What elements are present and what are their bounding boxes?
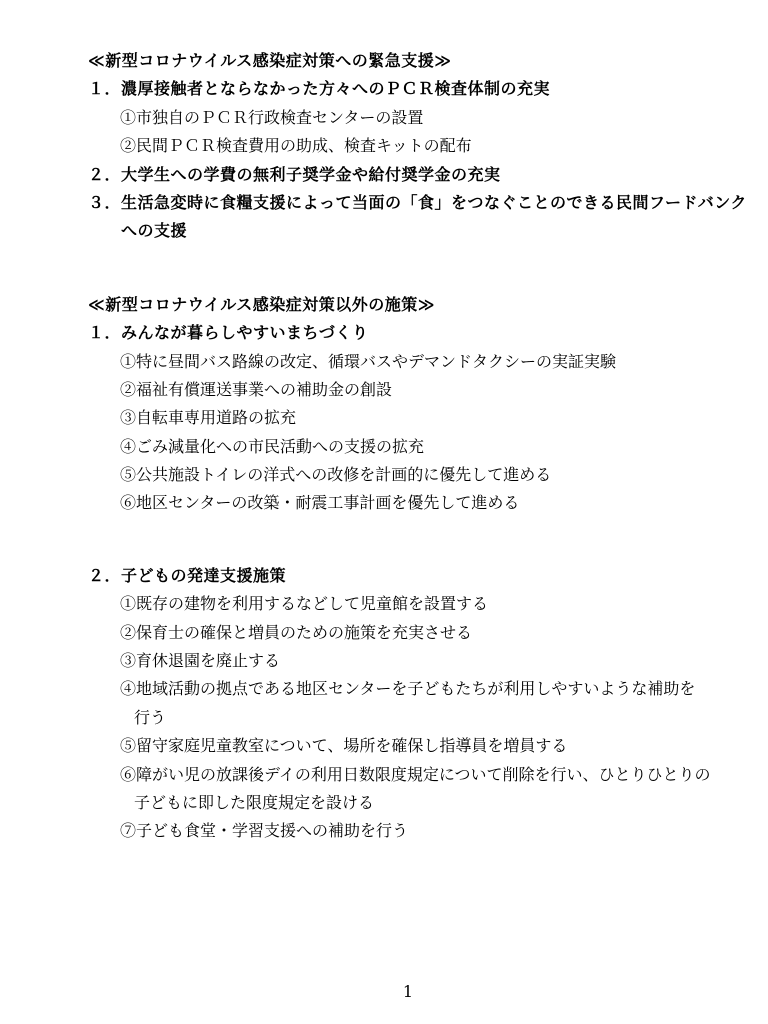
- numbered-item: ２．子どもの発達支援施策: [88, 562, 740, 590]
- sub-item: ③育休退園を廃止する: [88, 647, 740, 675]
- numbered-item: １．みんなが暮らしやすいまちづくり: [88, 319, 740, 347]
- document-content: ≪新型コロナウイルス感染症対策への緊急支援≫ １．濃厚接触者とならなかった方々へ…: [88, 47, 740, 846]
- sub-item: ②福祉有償運送事業への補助金の創設: [88, 376, 740, 404]
- sub-item: ①特に昼間バス路線の改定、循環バスやデマンドタクシーの実証実験: [88, 348, 740, 376]
- item-number: １．: [88, 79, 121, 98]
- item-text: みんなが暮らしやすいまちづくり: [121, 323, 368, 342]
- numbered-item: １．濃厚接触者とならなかった方々へのＰＣＲ検査体制の充実: [88, 75, 740, 103]
- sub-item: ①既存の建物を利用するなどして児童館を設置する: [88, 590, 740, 618]
- continuation-line: への支援: [88, 217, 740, 245]
- section-heading: ≪新型コロナウイルス感染症対策への緊急支援≫: [88, 47, 740, 75]
- sub-item: ②保育士の確保と増員のための施策を充実させる: [88, 619, 740, 647]
- document-page: ≪新型コロナウイルス感染症対策への緊急支援≫ １．濃厚接触者とならなかった方々へ…: [0, 0, 768, 1024]
- numbered-item: ３．生活急変時に食糧支援によって当面の「食」をつなぐことのできる民間フードバンク: [88, 189, 740, 217]
- page-number: 1: [88, 982, 728, 1001]
- sub-item: ④地域活動の拠点である地区センターを子どもたちが利用しやすいような補助を: [88, 675, 740, 703]
- numbered-item: ２．大学生への学費の無利子奨学金や給付奨学金の充実: [88, 161, 740, 189]
- sub-item: ⑤公共施設トイレの洋式への改修を計画的に優先して進める: [88, 461, 740, 489]
- sub-item: ⑥障がい児の放課後デイの利用日数限度規定について削除を行い、ひとりひとりの: [88, 761, 740, 789]
- sub-item: ①市独自のＰＣＲ行政検査センターの設置: [88, 104, 740, 132]
- sub-item: ⑥地区センターの改築・耐震工事計画を優先して進める: [88, 489, 740, 517]
- item-text: 濃厚接触者とならなかった方々へのＰＣＲ検査体制の充実: [121, 79, 550, 98]
- sub-item: ③自転車専用道路の拡充: [88, 404, 740, 432]
- sub-item: ④ごみ減量化への市民活動への支援の拡充: [88, 433, 740, 461]
- item-text: 生活急変時に食糧支援によって当面の「食」をつなぐことのできる民間フードバンク: [121, 193, 747, 212]
- item-text: 子どもの発達支援施策: [121, 566, 286, 585]
- item-number: １．: [88, 323, 121, 342]
- item-number: ２．: [88, 165, 121, 184]
- sub-item: ⑤留守家庭児童教室について、場所を確保し指導員を増員する: [88, 732, 740, 760]
- item-text: 大学生への学費の無利子奨学金や給付奨学金の充実: [121, 165, 501, 184]
- sub-item: ②民間ＰＣＲ検査費用の助成、検査キットの配布: [88, 132, 740, 160]
- item-number: ２．: [88, 566, 121, 585]
- continuation-line: 子どもに即した限度規定を設ける: [88, 789, 740, 817]
- sub-item: ⑦子ども食堂・学習支援への補助を行う: [88, 817, 740, 845]
- item-number: ３．: [88, 193, 121, 212]
- section-heading: ≪新型コロナウイルス感染症対策以外の施策≫: [88, 291, 740, 319]
- continuation-line: 行う: [88, 704, 740, 732]
